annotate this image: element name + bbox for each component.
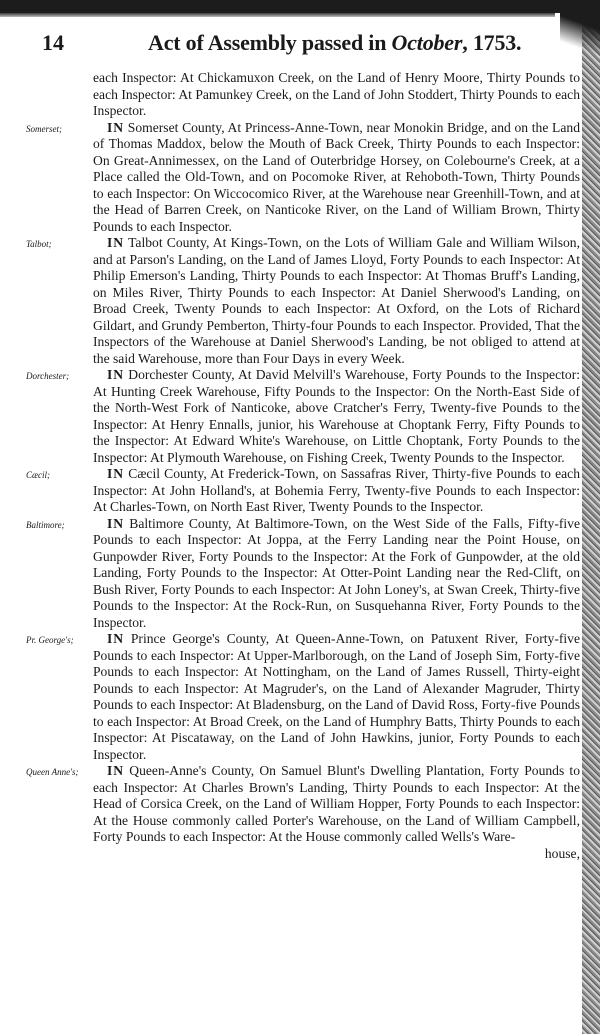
paragraph-text: Queen-Anne's County, On Samuel Blunt's D… — [93, 763, 580, 844]
lead-word: IN — [107, 631, 124, 646]
title-month: October — [392, 30, 463, 55]
title-year: , 1753. — [462, 30, 521, 55]
page-header: 14 Act of Assembly passed in October, 17… — [0, 30, 582, 62]
lead-word: IN — [107, 466, 124, 481]
county-paragraph-dorchester: Dorchester;IN Dorchester County, At Davi… — [93, 367, 580, 466]
lead-word: IN — [107, 120, 124, 135]
lead-word: IN — [107, 763, 124, 778]
lead-word: IN — [107, 235, 124, 250]
county-paragraph-baltimore: Baltimore;IN Baltimore County, At Baltim… — [93, 516, 580, 632]
county-paragraph-somerset: Somerset;IN Somerset County, At Princess… — [93, 120, 580, 236]
margin-note: Somerset; — [26, 121, 62, 138]
document-page: 14 Act of Assembly passed in October, 17… — [0, 0, 582, 1034]
page-number: 14 — [42, 30, 64, 56]
margin-note: Dorchester; — [26, 368, 69, 385]
county-paragraph-prince-georges: Pr. George's;IN Prince George's County, … — [93, 631, 580, 763]
county-paragraph-queen-annes: Queen Anne's;IN Queen-Anne's County, On … — [93, 763, 580, 846]
paragraph-text: Baltimore County, At Baltimore-Town, on … — [93, 516, 580, 630]
margin-note: Queen Anne's; — [26, 764, 79, 781]
continuation-paragraph: each Inspector: At Chickamuxon Creek, on… — [93, 70, 580, 120]
lead-word: IN — [107, 516, 124, 531]
paragraph-text: Talbot County, At Kings-Town, on the Lot… — [93, 235, 580, 366]
scan-right-edge — [582, 0, 600, 1034]
margin-note: Cæcil; — [26, 467, 50, 484]
lead-word: IN — [107, 367, 124, 382]
paragraph-text: Dorchester County, At David Melvill's Wa… — [93, 367, 580, 465]
margin-note: Talbot; — [26, 236, 52, 253]
catchword: house, — [93, 846, 580, 863]
title-text: Act of Assembly passed in — [148, 30, 392, 55]
running-title: Act of Assembly passed in October, 1753. — [148, 30, 521, 56]
margin-note: Pr. George's; — [26, 632, 74, 649]
county-paragraph-cecil: Cæcil;IN Cæcil County, At Frederick-Town… — [93, 466, 580, 516]
paragraph-text: Prince George's County, At Queen-Anne-To… — [93, 631, 580, 762]
paragraph-text: Cæcil County, At Frederick-Town, on Sass… — [93, 466, 580, 514]
body-text: each Inspector: At Chickamuxon Creek, on… — [93, 70, 580, 862]
margin-note: Baltimore; — [26, 517, 65, 534]
paragraph-text: Somerset County, At Princess-Anne-Town, … — [93, 120, 580, 234]
county-paragraph-talbot: Talbot;IN Talbot County, At Kings-Town, … — [93, 235, 580, 367]
